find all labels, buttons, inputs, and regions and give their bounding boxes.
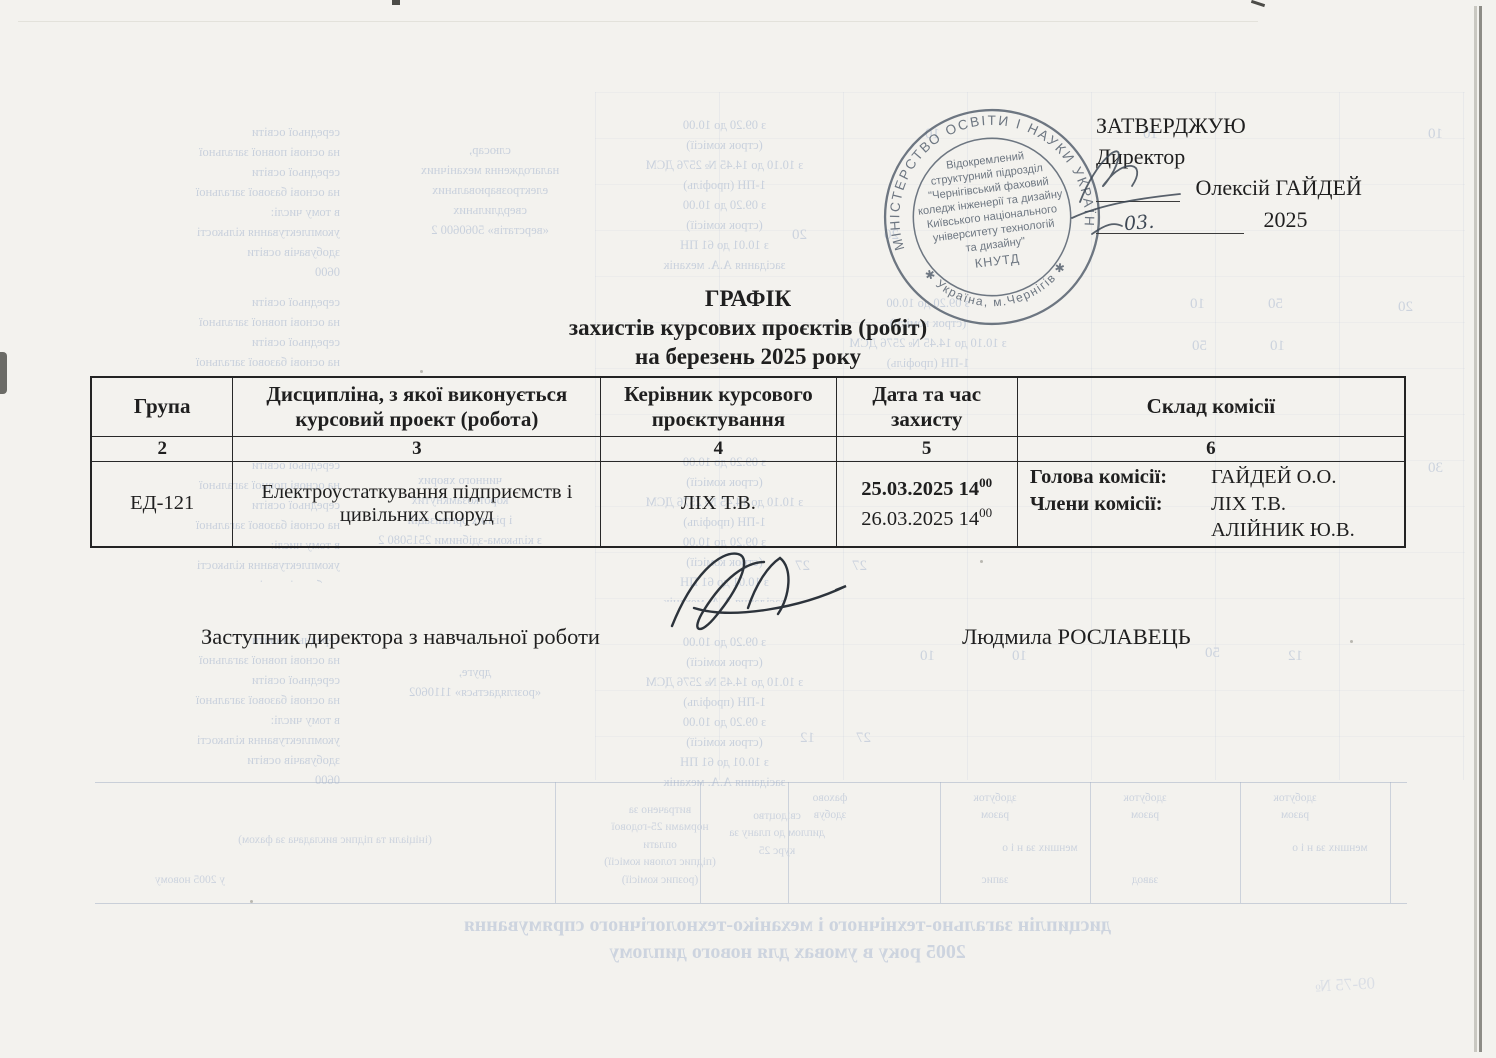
- cell-dates: 25.03.2025 1400 26.03.2025 1400: [836, 462, 1017, 547]
- bleedthrough-text-block: середньої освітина основі повної загальн…: [95, 630, 340, 790]
- bleedthrough-number: 12: [1288, 648, 1303, 665]
- bleedthrough-band-label: здобутокразом: [955, 790, 1035, 825]
- bleedthrough-band-label: менших за н і о: [960, 840, 1120, 857]
- defense-date-1: 25.03.2025 1400: [845, 474, 1009, 504]
- title-line-2: захистів курсових проєктів (робіт): [0, 313, 1496, 342]
- bleedthrough-text-block: з 09.20 до 10.00(строк комісії)з 10.10 д…: [612, 115, 837, 275]
- bleedthrough-band-line: [555, 782, 556, 903]
- cell-discipline: Електроустаткування підприємств і цивіль…: [233, 462, 601, 547]
- bleedthrough-number: 27: [852, 558, 867, 575]
- col-number: 3: [233, 437, 601, 462]
- title-line-3: на березень 2025 року: [0, 342, 1496, 371]
- commission-member-row: АЛІЙНИК Ю.В.: [1030, 517, 1396, 544]
- deputy-director-name: Людмила РОСЛАВЕЦЬ: [962, 624, 1191, 650]
- col-header-date: Дата та час захисту: [836, 377, 1017, 437]
- col-number: 6: [1017, 437, 1405, 462]
- bleedthrough-number: 10: [920, 648, 935, 665]
- bleedthrough-band-label: фаховоздобув: [795, 790, 865, 825]
- paper-right-edge: [1479, 6, 1482, 1052]
- scan-mark-top-right: [1251, 0, 1265, 7]
- bleedthrough-number: 10: [1012, 648, 1027, 665]
- bleedthrough-text-block: друге,«розглядається» 1110602: [330, 662, 620, 702]
- col-header-discipline: Дисципліна, з якої виконується курсовий …: [233, 377, 601, 437]
- col-number: 2: [91, 437, 233, 462]
- paper-right-edge-soft: [1474, 6, 1477, 1052]
- bleedthrough-text-block: середньої освітина основі повної загальн…: [95, 122, 340, 282]
- bleedthrough-number: 12: [800, 730, 815, 747]
- document-title: ГРАФІК захистів курсових проєктів (робіт…: [0, 284, 1496, 371]
- approval-year: 2025: [1264, 207, 1308, 232]
- table-header-row: Група Дисципліна, з якої виконується кур…: [91, 377, 1405, 437]
- bleedthrough-band-line: [1240, 782, 1241, 903]
- cell-commission: Голова комісії: ГАЙДЕЙ О.О. Члени комісі…: [1017, 462, 1405, 547]
- commission-members-label: Члени комісії:: [1030, 491, 1206, 518]
- bleedthrough-band-line: [95, 782, 1407, 783]
- paper-top-edge: [18, 21, 1258, 22]
- column-number-row: 2 3 4 5 6: [91, 437, 1405, 462]
- table-row: ЕД-121 Електроустаткування підприємств і…: [91, 462, 1405, 547]
- bleedthrough-band-label: здобутокразом: [1105, 790, 1185, 825]
- scan-mark-top: [392, 0, 400, 5]
- stamp-center-line: КНУТД: [974, 251, 1021, 270]
- director-name: Олексій ГАЙДЕЙ: [1196, 175, 1362, 200]
- bleedthrough-band-label: (розпис комісії): [560, 872, 760, 889]
- title-line-1: ГРАФІК: [0, 284, 1496, 313]
- bleedthrough-band-line: [940, 782, 941, 903]
- commission-member-name: ЛІХ Т.В.: [1211, 493, 1286, 515]
- commission-member-name: АЛІЙНИК Ю.В.: [1211, 519, 1355, 541]
- bleedthrough-text-block: слюсар,налагодження механічнихелектрозва…: [365, 140, 615, 240]
- commission-head-row: Голова комісії: ГАЙДЕЙ О.О.: [1030, 464, 1396, 491]
- bleedthrough-number: 27: [856, 730, 871, 747]
- bleedthrough-band-label: менших за н і о: [1250, 840, 1410, 857]
- col-number: 5: [836, 437, 1017, 462]
- bleedthrough-text-block: з 09.20 до 10.00(строк комісії)з 10.10 д…: [612, 632, 837, 792]
- bleedthrough-number: 30: [1428, 460, 1443, 477]
- schedule-table: Група Дисципліна, з якої виконується кур…: [90, 376, 1406, 548]
- bleedthrough-title: дисциплін загально-технічного і механіко…: [335, 912, 1240, 966]
- bleedthrough-band-label: завод: [1100, 872, 1190, 889]
- col-header-supervisor: Керівник курсового проєктування: [601, 377, 836, 437]
- bleedthrough-number: 20: [792, 227, 807, 244]
- bleedthrough-band-line: [95, 903, 1407, 904]
- bleedthrough-number: 10: [1428, 126, 1443, 143]
- cell-supervisor: ЛІХ Т.В.: [601, 462, 836, 547]
- commission-head-label: Голова комісії:: [1030, 464, 1206, 491]
- deputy-director-signature: [652, 546, 852, 638]
- bleedthrough-band-label: здобутокразом: [1255, 790, 1335, 825]
- bleedthrough-band-label: (ініціали та підпис викладача за фахом): [140, 832, 530, 849]
- col-number: 4: [601, 437, 836, 462]
- scanned-document-page: середньої освітина основі повної загальн…: [0, 0, 1496, 1058]
- bleedthrough-band-label: запис: [950, 872, 1040, 889]
- director-signature: [1062, 132, 1202, 242]
- bleedthrough-band-label: у 2005 новому: [110, 872, 270, 889]
- defense-date-2: 26.03.2025 1400: [845, 504, 1009, 534]
- bleedthrough-corner-mark: 09-75 №: [1225, 969, 1466, 1002]
- col-header-group: Група: [91, 377, 233, 437]
- commission-head-name: ГАЙДЕЙ О.О.: [1211, 466, 1337, 488]
- schedule-table-container: Група Дисципліна, з якої виконується кур…: [90, 376, 1406, 548]
- bleedthrough-number: 50: [1205, 645, 1220, 662]
- commission-member-row: Члени комісії: ЛІХ Т.В.: [1030, 491, 1396, 518]
- cell-group: ЕД-121: [91, 462, 233, 547]
- deputy-director-role: Заступник директора з навчальної роботи: [201, 624, 600, 650]
- col-header-commission: Склад комісії: [1017, 377, 1405, 437]
